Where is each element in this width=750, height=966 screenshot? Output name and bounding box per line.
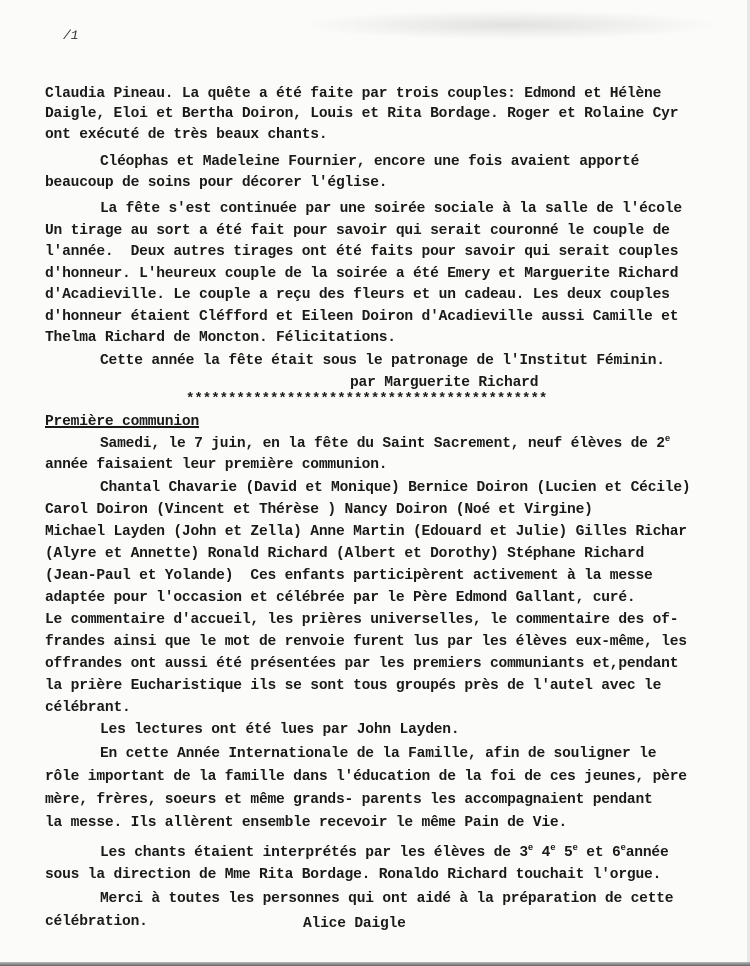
text-line: (Alyre et Annette) Ronald Richard (Alber… bbox=[45, 546, 644, 562]
text-line: adaptée pour l'occasion et célébrée par … bbox=[45, 590, 635, 606]
text-line: Les lectures ont été lues par John Layde… bbox=[100, 722, 459, 738]
text-line: d'honneur étaient Cléfford et Eileen Doi… bbox=[45, 309, 678, 325]
text-line: Merci à toutes les personnes qui ont aid… bbox=[100, 891, 673, 907]
text-line: En cette Année Internationale de la Fami… bbox=[100, 746, 656, 762]
text-line: Chantal Chavarie (David et Monique) Bern… bbox=[100, 480, 690, 496]
text-line: Cette année la fête était sous le patron… bbox=[100, 353, 665, 369]
text-line: la prière Eucharistique ils se sont tous… bbox=[45, 678, 661, 694]
text-line: Claudia Pineau. La quête a été faite par… bbox=[45, 86, 661, 102]
text-line: rôle important de la famille dans l'éduc… bbox=[45, 769, 687, 785]
document-page: /1 Claudia Pineau. La quête a été faite … bbox=[0, 0, 750, 966]
article-signature: Alice Daigle bbox=[303, 916, 406, 932]
text-line: La fête s'est continuée par une soirée s… bbox=[100, 201, 682, 217]
text-line: Cléophas et Madeleine Fournier, encore u… bbox=[100, 154, 639, 170]
text-line: Un tirage au sort a été fait pour savoir… bbox=[45, 223, 670, 239]
separator-asterisks: ****************************************… bbox=[186, 391, 547, 407]
page-edge-bottom bbox=[0, 962, 750, 966]
section-heading: Première communion bbox=[45, 414, 199, 430]
text-line: offrandes ont aussi été présentées par l… bbox=[45, 656, 678, 672]
text-line: Samedi, le 7 juin, en la fête du Saint S… bbox=[100, 436, 670, 452]
text-line: sous la direction de Mme Rita Bordage. R… bbox=[45, 867, 661, 883]
text-line: Daigle, Eloi et Bertha Doiron, Louis et … bbox=[45, 106, 678, 122]
text-line: célébrant. bbox=[45, 700, 131, 716]
bleed-through-smudge bbox=[300, 10, 720, 40]
text-line: ont exécuté de très beaux chants. bbox=[45, 127, 327, 143]
text-line: l'année. Deux autres tirages ont été fai… bbox=[45, 244, 678, 260]
text-line: Michael Layden (John et Zella) Anne Mart… bbox=[45, 524, 687, 540]
article-signature: par Marguerite Richard bbox=[350, 375, 538, 391]
text-line: célébration. bbox=[45, 914, 148, 930]
text-line: Les chants étaient interprétés par les é… bbox=[100, 845, 669, 861]
text-line: frandes ainsi que le mot de renvoie fure… bbox=[45, 634, 687, 650]
text-line: d'Acadieville. Le couple a reçu des fleu… bbox=[45, 287, 670, 303]
text-line: beaucoup de soins pour décorer l'église. bbox=[45, 175, 387, 191]
text-line: Le commentaire d'accueil, les prières un… bbox=[45, 612, 678, 628]
text-line: Thelma Richard de Moncton. Félicitations… bbox=[45, 330, 396, 346]
page-mark: /1 bbox=[63, 28, 79, 43]
text-line: mère, frères, soeurs et même grands- par… bbox=[45, 792, 653, 808]
text-line: la messe. Ils allèrent ensemble recevoir… bbox=[45, 815, 567, 831]
text-line: Carol Doiron (Vincent et Thérèse ) Nancy… bbox=[45, 502, 593, 518]
text-line: année faisaient leur première communion. bbox=[45, 457, 387, 473]
text-line: (Jean-Paul et Yolande) Ces enfants parti… bbox=[45, 568, 653, 584]
text-line: d'honneur. L'heureux couple de la soirée… bbox=[45, 266, 678, 282]
